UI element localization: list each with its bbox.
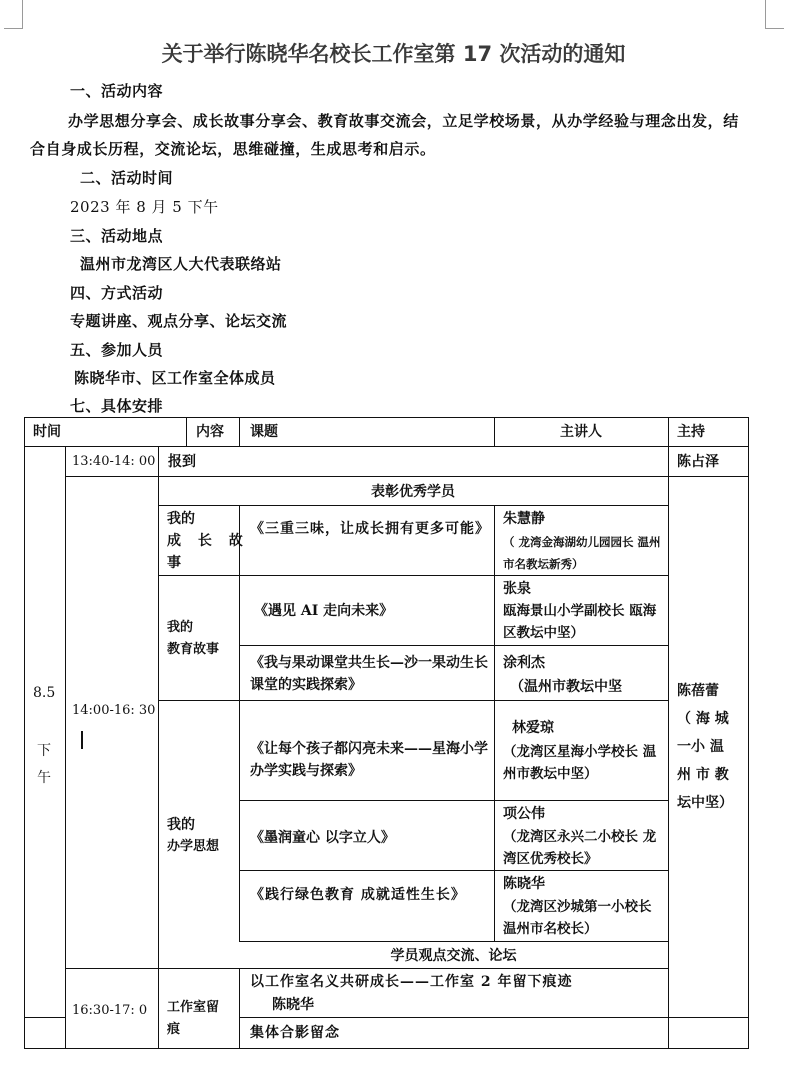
- philosophy-topic-1: 《让每个孩子都闪亮未来——星海小学办学实践与探索》: [250, 738, 490, 782]
- philosophy-content-1: 我的: [167, 814, 195, 836]
- education-speaker-1-name: 张泉: [503, 578, 531, 600]
- education-topic-2: 《我与果动课堂共生长—沙一果动生长课堂的实践探索》: [250, 652, 492, 696]
- growth-topic: 《三重三味，让成长拥有更多可能》: [250, 518, 490, 540]
- closing-item-1: 以工作室名义共研成长——工作室 2 年留下痕迹: [250, 971, 573, 993]
- row-divider: [239, 870, 668, 871]
- table-border-right: [748, 417, 749, 1049]
- main-host-note-1: （ 海 城: [677, 708, 729, 730]
- checkin-host: 陈占泽: [677, 451, 719, 473]
- philosophy-speaker-3-note: （龙湾区沙城第一小校长 温州市名校长）: [503, 896, 667, 940]
- education-content-1: 我的: [167, 617, 193, 639]
- closing-item-1-speaker: 陈晓华: [272, 994, 314, 1016]
- table-border-bottom: [24, 1048, 749, 1049]
- col-divider: [494, 505, 495, 941]
- row-divider: [24, 446, 749, 447]
- table-border-left: [24, 417, 25, 1049]
- text-cursor: [81, 731, 83, 749]
- row-divider: [158, 575, 668, 576]
- growth-content-2: 成 长 故: [167, 530, 249, 552]
- philosophy-content-2: 办学思想: [167, 836, 219, 858]
- col-divider: [65, 446, 66, 1049]
- checkin-time: 13:40-14: 00: [72, 451, 155, 473]
- header-host: 主持: [677, 421, 705, 443]
- growth-content-1: 我的: [167, 508, 195, 530]
- philosophy-speaker-2-name: 项公伟: [503, 803, 545, 825]
- main-host-note-2: 一小 温: [677, 736, 724, 758]
- education-speaker-1-note: 瓯海景山小学副校长 瓯海区教坛中坚）: [503, 600, 667, 644]
- col-divider: [158, 446, 159, 1049]
- col-divider: [239, 968, 240, 1049]
- growth-speaker-name: 朱慧静: [503, 508, 545, 530]
- philosophy-speaker-1-name: 林爱琼: [512, 717, 554, 739]
- checkin-label: 报到: [168, 451, 196, 473]
- education-topic-1: 《遇见 AI 走向未来》: [254, 600, 393, 622]
- main-host-note-4: 坛中坚）: [677, 792, 733, 814]
- closing-time: 16:30-17: 0: [72, 1000, 147, 1022]
- row-divider: [24, 1017, 65, 1018]
- col-divider: [186, 417, 187, 446]
- row-divider: [158, 505, 668, 506]
- philosophy-speaker-2-note: （龙湾区永兴二小校长 龙湾区优秀校长》: [503, 826, 667, 870]
- main-time: 14:00-16: 30: [72, 700, 155, 722]
- closing-item-2: 集体合影留念: [250, 1022, 340, 1044]
- education-content-2: 教育故事: [167, 639, 219, 661]
- date-day: 8.5: [33, 682, 55, 704]
- date-afternoon-2: 午: [37, 767, 51, 789]
- date-afternoon-1: 下: [37, 740, 51, 762]
- row-divider: [239, 1017, 749, 1018]
- main-host-note-3: 州 市 教: [677, 764, 729, 786]
- closing-content-2: 痕: [167, 1019, 180, 1041]
- row-divider: [239, 941, 668, 942]
- growth-speaker-note: （ 龙湾金海湖幼儿园园长 温州市名教坛新秀）: [503, 531, 665, 575]
- education-speaker-2-name: 涂利杰: [503, 652, 545, 674]
- schedule-table: 时间 内容 课题 主讲人 主持 8.5 下 午 13:40-14: 00 报到 …: [0, 0, 787, 1075]
- main-host-name: 陈蓓蕾: [677, 680, 719, 702]
- header-speaker: 主讲人: [494, 421, 668, 443]
- row-divider: [65, 968, 668, 969]
- forum-label: 学员观点交流、论坛: [239, 945, 668, 967]
- philosophy-topic-3: 《践行绿色教育 成就适性生长》: [250, 884, 490, 906]
- col-divider: [239, 417, 240, 446]
- row-divider: [239, 800, 668, 801]
- header-topic: 课题: [250, 421, 278, 443]
- row-divider: [158, 700, 668, 701]
- header-time: 时间: [33, 421, 61, 443]
- philosophy-speaker-1-note: （龙湾区星海小学校长 温州市教坛中坚）: [503, 741, 667, 785]
- closing-content-1: 工作室留: [167, 997, 219, 1019]
- row-divider: [239, 645, 668, 646]
- row-divider: [65, 476, 749, 477]
- philosophy-speaker-3-name: 陈晓华: [503, 873, 545, 895]
- education-speaker-2-note: （温州市教坛中坚: [510, 676, 622, 698]
- philosophy-topic-2: 《墨润童心 以字立人》: [250, 827, 395, 849]
- col-divider: [239, 505, 240, 941]
- table-border-top: [24, 417, 749, 418]
- growth-content-3: 事: [167, 552, 181, 574]
- col-divider: [668, 417, 669, 1049]
- header-content: 内容: [196, 421, 224, 443]
- award-label: 表彰优秀学员: [158, 481, 668, 503]
